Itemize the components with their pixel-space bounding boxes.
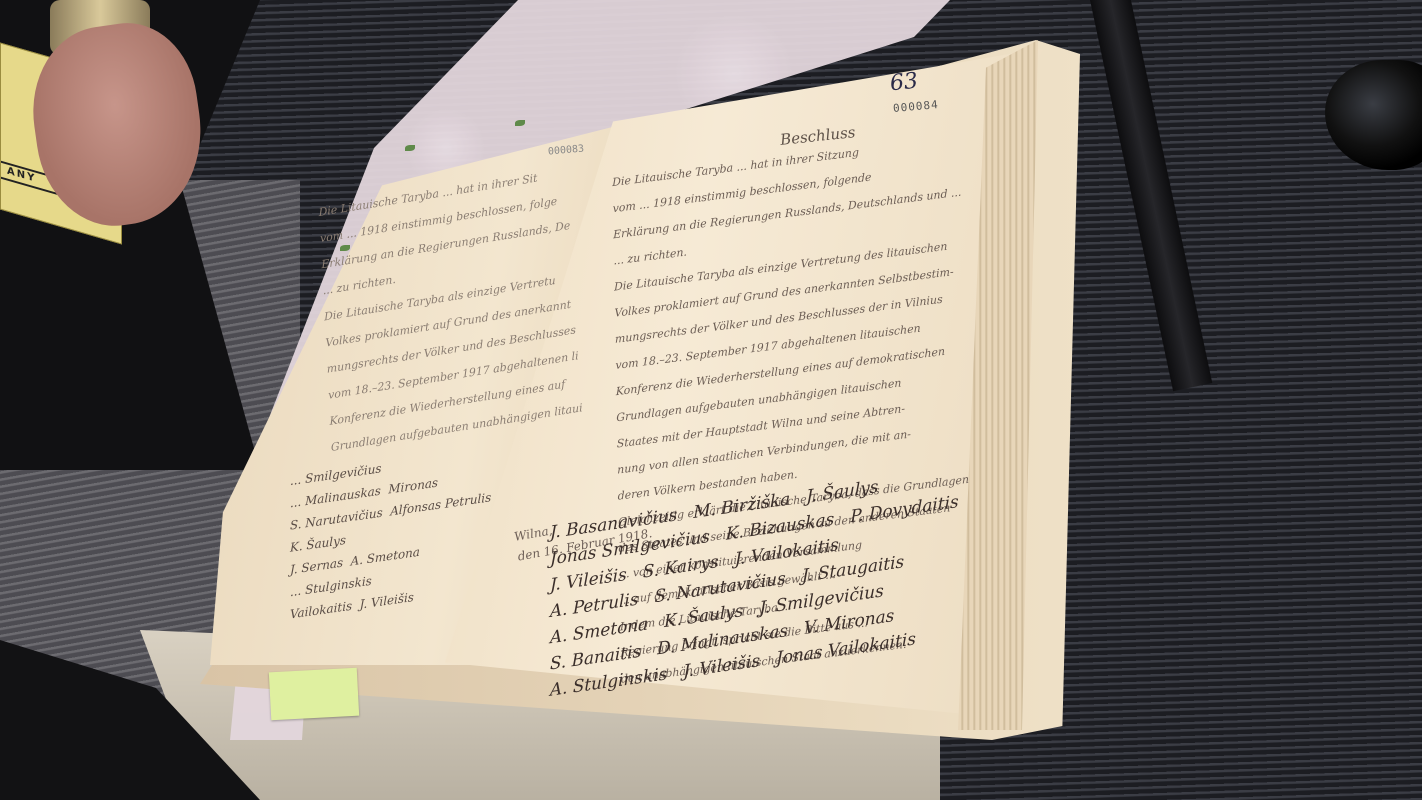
floral-leaf-icon	[515, 120, 525, 126]
sticky-note	[269, 668, 359, 721]
floral-leaf-icon	[405, 145, 415, 151]
left-signature-block: ... Smilgevičius ... Malinauskas Mironas…	[290, 442, 491, 626]
page-number: 63	[889, 69, 919, 97]
left-page-text: Die Litauische Taryba ... hat in ihrer S…	[318, 160, 583, 461]
